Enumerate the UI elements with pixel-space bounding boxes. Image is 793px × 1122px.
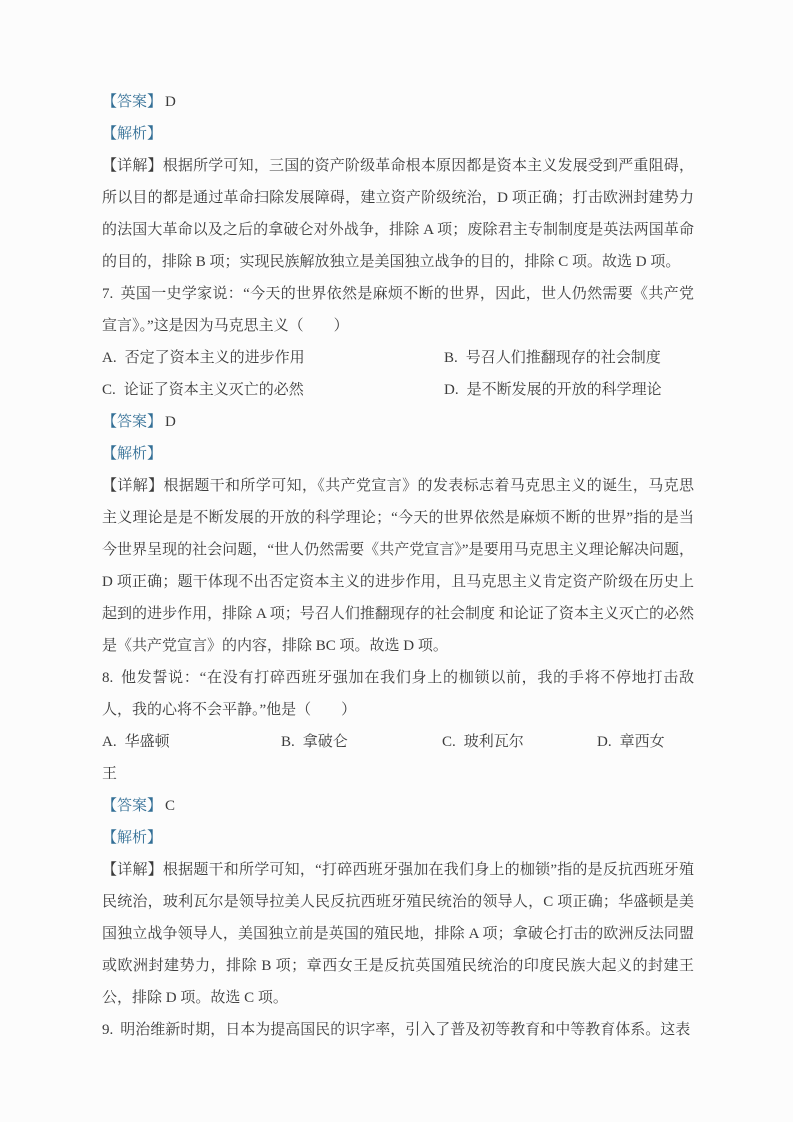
option-b: B.号召人们推翻现存的社会制度 bbox=[444, 342, 661, 374]
detail-label: 【详解】 bbox=[102, 478, 164, 494]
option-key: C. bbox=[442, 734, 456, 750]
question-8: 8.他发誓说：“在没有打碎西班牙强加在我们身上的枷锁以前，我的手将不停地打击敌人… bbox=[102, 662, 694, 726]
analysis-label: 【解析】 bbox=[102, 446, 162, 462]
answer-line: 【答案】D bbox=[102, 86, 694, 118]
option-a: A.华盛顿 bbox=[102, 726, 281, 758]
detail-paragraph: 【详解】根据所学可知，三国的资产阶级革命根本原因都是资本主义发展受到严重阻碍，所… bbox=[102, 150, 694, 278]
question-number: 9. bbox=[102, 1022, 113, 1038]
question-7: 7.英国一史学家说：“今天的世界依然是麻烦不断的世界，因此，世人仍然需要《共产党… bbox=[102, 278, 694, 342]
option-a: A.否定了资本主义的进步作用 bbox=[102, 342, 444, 374]
analysis-line: 【解析】 bbox=[102, 118, 694, 150]
question-number: 7. bbox=[102, 286, 113, 302]
document-page: 【答案】D 【解析】 【详解】根据所学可知，三国的资产阶级革命根本原因都是资本主… bbox=[0, 0, 793, 1122]
answer-label: 【答案】 bbox=[102, 414, 162, 430]
option-overflow-text: 王 bbox=[102, 766, 117, 782]
option-key: A. bbox=[102, 350, 117, 366]
question-text: 明治维新时期，日本为提高国民的识字率，引入了普及初等教育和中等教育体系。这表 bbox=[120, 1022, 690, 1038]
option-d: D.是不断发展的开放的科学理论 bbox=[444, 374, 662, 406]
option-c: C.玻利瓦尔 bbox=[442, 726, 597, 758]
question-number: 8. bbox=[102, 670, 113, 686]
option-text: 拿破仑 bbox=[303, 734, 348, 750]
answer-label: 【答案】 bbox=[102, 798, 162, 814]
option-text: 论证了资本主义灭亡的必然 bbox=[124, 382, 304, 398]
question-8-options-row: A.华盛顿B.拿破仑C.玻利瓦尔D.章西女 bbox=[102, 726, 694, 758]
option-text: 章西女 bbox=[620, 734, 665, 750]
option-key: B. bbox=[281, 734, 295, 750]
option-key: A. bbox=[102, 734, 117, 750]
answer-value: D bbox=[165, 414, 176, 430]
answer-line: 【答案】C bbox=[102, 790, 694, 822]
option-text: 号召人们推翻现存的社会制度 bbox=[466, 350, 661, 366]
analysis-line: 【解析】 bbox=[102, 438, 694, 470]
question-7-options-row-1: A.否定了资本主义的进步作用B.号召人们推翻现存的社会制度 bbox=[102, 342, 694, 374]
option-key: C. bbox=[102, 382, 116, 398]
answer-line: 【答案】D bbox=[102, 406, 694, 438]
option-b: B.拿破仑 bbox=[281, 726, 442, 758]
option-text: 是不断发展的开放的科学理论 bbox=[467, 382, 662, 398]
question-text: 他发誓说：“在没有打碎西班牙强加在我们身上的枷锁以前，我的手将不停地打击敌人，我… bbox=[102, 670, 694, 718]
answer-label: 【答案】 bbox=[102, 94, 162, 110]
option-key: D. bbox=[597, 734, 612, 750]
question-text: 英国一史学家说：“今天的世界依然是麻烦不断的世界，因此，世人仍然需要《共产党宣言… bbox=[102, 286, 694, 334]
detail-text: 根据题干和所学可知，《共产党宣言》的发表标志着马克思主义的诞生，马克思主义理论是… bbox=[102, 478, 694, 654]
analysis-label: 【解析】 bbox=[102, 830, 162, 846]
option-key: D. bbox=[444, 382, 459, 398]
detail-text: 根据题干和所学可知，“打碎西班牙强加在我们身上的枷锁”指的是反抗西班牙殖民统治，… bbox=[102, 862, 694, 1006]
detail-paragraph: 【详解】根据题干和所学可知，“打碎西班牙强加在我们身上的枷锁”指的是反抗西班牙殖… bbox=[102, 854, 694, 1014]
option-c: C.论证了资本主义灭亡的必然 bbox=[102, 374, 444, 406]
option-d: D.章西女 bbox=[597, 726, 665, 758]
detail-text: 根据所学可知，三国的资产阶级革命根本原因都是资本主义发展受到严重阻碍，所以目的都… bbox=[102, 158, 694, 270]
option-text: 否定了资本主义的进步作用 bbox=[125, 350, 305, 366]
option-d-overflow-line: 王 bbox=[102, 758, 694, 790]
answer-value: C bbox=[165, 798, 175, 814]
detail-paragraph: 【详解】根据题干和所学可知，《共产党宣言》的发表标志着马克思主义的诞生，马克思主… bbox=[102, 470, 694, 662]
question-7-options-row-2: C.论证了资本主义灭亡的必然D.是不断发展的开放的科学理论 bbox=[102, 374, 694, 406]
detail-label: 【详解】 bbox=[102, 862, 163, 878]
analysis-label: 【解析】 bbox=[102, 126, 162, 142]
analysis-line: 【解析】 bbox=[102, 822, 694, 854]
answer-value: D bbox=[165, 94, 176, 110]
option-text: 玻利瓦尔 bbox=[464, 734, 524, 750]
detail-label: 【详解】 bbox=[102, 158, 163, 174]
question-9: 9.明治维新时期，日本为提高国民的识字率，引入了普及初等教育和中等教育体系。这表 bbox=[102, 1014, 694, 1046]
option-text: 华盛顿 bbox=[125, 734, 170, 750]
option-key: B. bbox=[444, 350, 458, 366]
